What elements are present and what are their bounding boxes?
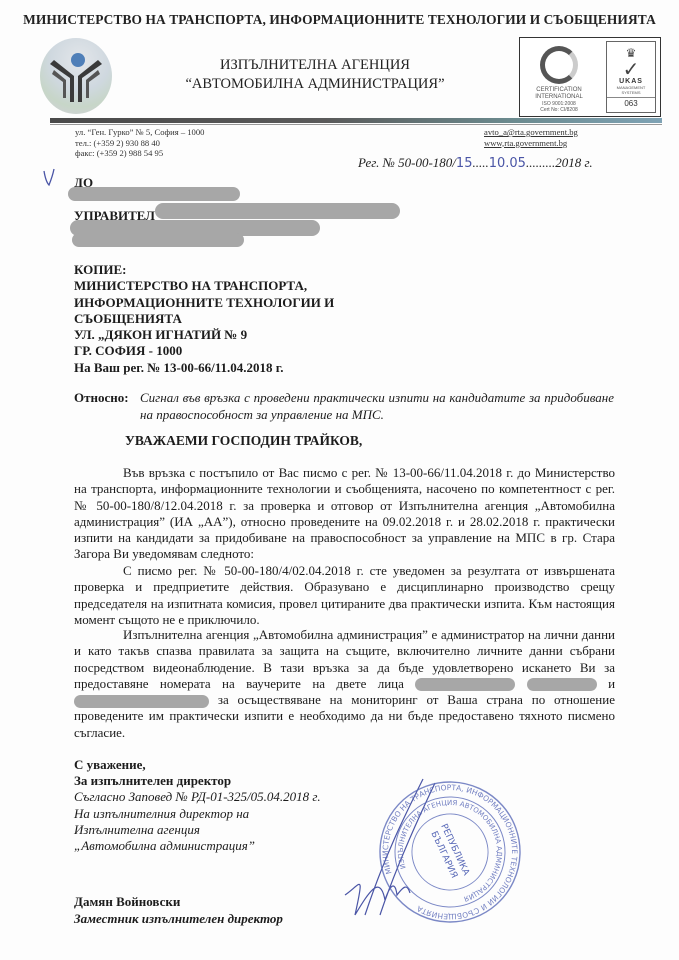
handwritten-reg-number: 15 (456, 156, 473, 171)
agency-logo-icon (40, 38, 112, 114)
copies-line: МИНИСТЕРСТВО НА ТРАНСПОРТА, (74, 278, 334, 294)
checkmark-icon: ✓ (607, 60, 655, 78)
handwritten-check-icon (42, 168, 56, 188)
agency-line-2: “АВТОМОБИЛНА АДМИНИСТРАЦИЯ” (150, 75, 480, 94)
copies-line: На Ваш рег. № 13-00-66/11.04.2018 г. (74, 360, 334, 376)
copies-block: КОПИЕ: МИНИСТЕРСТВО НА ТРАНСПОРТА, ИНФОР… (74, 262, 334, 376)
signer-position: Заместник изпълнителен директор (74, 910, 283, 927)
contact-info: ул. “Ген. Гурко” № 5, София – 1000 тел.:… (75, 127, 204, 159)
iso-certification-badge: CERTIFICATION INTERNATIONAL ISO 9001:200… (523, 40, 595, 114)
website-link[interactable]: www,rta.government.bg (484, 138, 578, 149)
closing-block: С уважение, За изпълнителен директор Съг… (74, 757, 321, 854)
email-link[interactable]: avto_a@rta.government.bg (484, 127, 578, 138)
redacted-person-2 (74, 695, 209, 708)
certification-ring-icon (540, 46, 578, 84)
closing-agency-name: „Автомобилна администрация” (74, 838, 321, 854)
closing-agency: Изпълнителна агенция (74, 822, 321, 838)
agency-line-1: ИЗПЪЛНИТЕЛНА АГЕНЦИЯ (150, 56, 480, 75)
closing-order: Съгласно Заповед № РД-01-325/05.04.2018 … (74, 789, 321, 805)
handwritten-reg-date: 10.05 (489, 156, 526, 171)
body-paragraph-1: Във връзка с постъпило от Вас писмо с ре… (74, 465, 615, 563)
copies-line: СЪОБЩЕНИЯТА (74, 311, 334, 327)
ministry-title: МИНИСТЕРСТВО НА ТРАНСПОРТА, ИНФОРМАЦИОНН… (0, 12, 679, 28)
body-paragraph-2: С писмо рег. № 50-00-180/4/02.04.2018 г.… (74, 563, 615, 628)
signer-name: Дамян Войновски (74, 893, 283, 910)
copies-line: ГР. СОФИЯ - 1000 (74, 343, 334, 359)
agency-logo-graphic (40, 38, 112, 114)
agency-name: ИЗПЪЛНИТЕЛНА АГЕНЦИЯ “АВТОМОБИЛНА АДМИНИ… (150, 56, 480, 94)
copies-label: КОПИЕ: (74, 262, 334, 278)
copies-line: УЛ. „ДЯКОН ИГНАТИЙ № 9 (74, 327, 334, 343)
copies-line: ИНФОРМАЦИОННИТЕ ТЕХНОЛОГИИ И (74, 295, 334, 311)
redacted-recipient-name (68, 187, 240, 201)
official-stamp-icon: МИНИСТЕРСТВО НА ТРАНСПОРТА, ИНФОРМАЦИОНН… (375, 777, 525, 927)
address: ул. “Ген. Гурко” № 5, София – 1000 (75, 127, 204, 138)
reg-prefix: Рег. № 50-00-180/ (358, 155, 456, 170)
certification-badges: CERTIFICATION INTERNATIONAL ISO 9001:200… (519, 37, 661, 117)
subject-text: Сигнал във връзка с проведени практическ… (140, 389, 614, 423)
redacted-address-line (72, 233, 244, 247)
reg-suffix: .2018 г. (552, 155, 593, 170)
ukas-badge: ♛ ✓ UKAS MANAGEMENT SYSTEMS 063 (606, 41, 656, 113)
web-contacts: avto_a@rta.government.bg www,rta.governm… (484, 127, 578, 148)
body-paragraph-3: Изпълнителна агенция „Автомобилна админи… (74, 627, 615, 741)
redacted-person-1 (415, 678, 515, 691)
subject-label: Относно: (74, 389, 129, 406)
redacted-manager-name (155, 203, 400, 219)
header-divider-thin (50, 124, 662, 125)
closing-regards: С уважение, (74, 757, 321, 773)
salutation: УВАЖАЕМИ ГОСПОДИН ТРАЙКОВ, (125, 433, 362, 449)
header-divider (50, 118, 662, 123)
phone: тел.: (+359 2) 930 88 40 (75, 138, 204, 149)
closing-of-director: На изпълнителния директор на (74, 806, 321, 822)
signer-block: Дамян Войновски Заместник изпълнителен д… (74, 893, 283, 927)
redacted-person-1b (527, 678, 597, 691)
closing-for-director: За изпълнителен директор (74, 773, 321, 789)
registration-number: Рег. № 50-00-180/15.....10.05.........20… (358, 155, 593, 171)
fax: факс: (+359 2) 988 54 95 (75, 148, 204, 159)
